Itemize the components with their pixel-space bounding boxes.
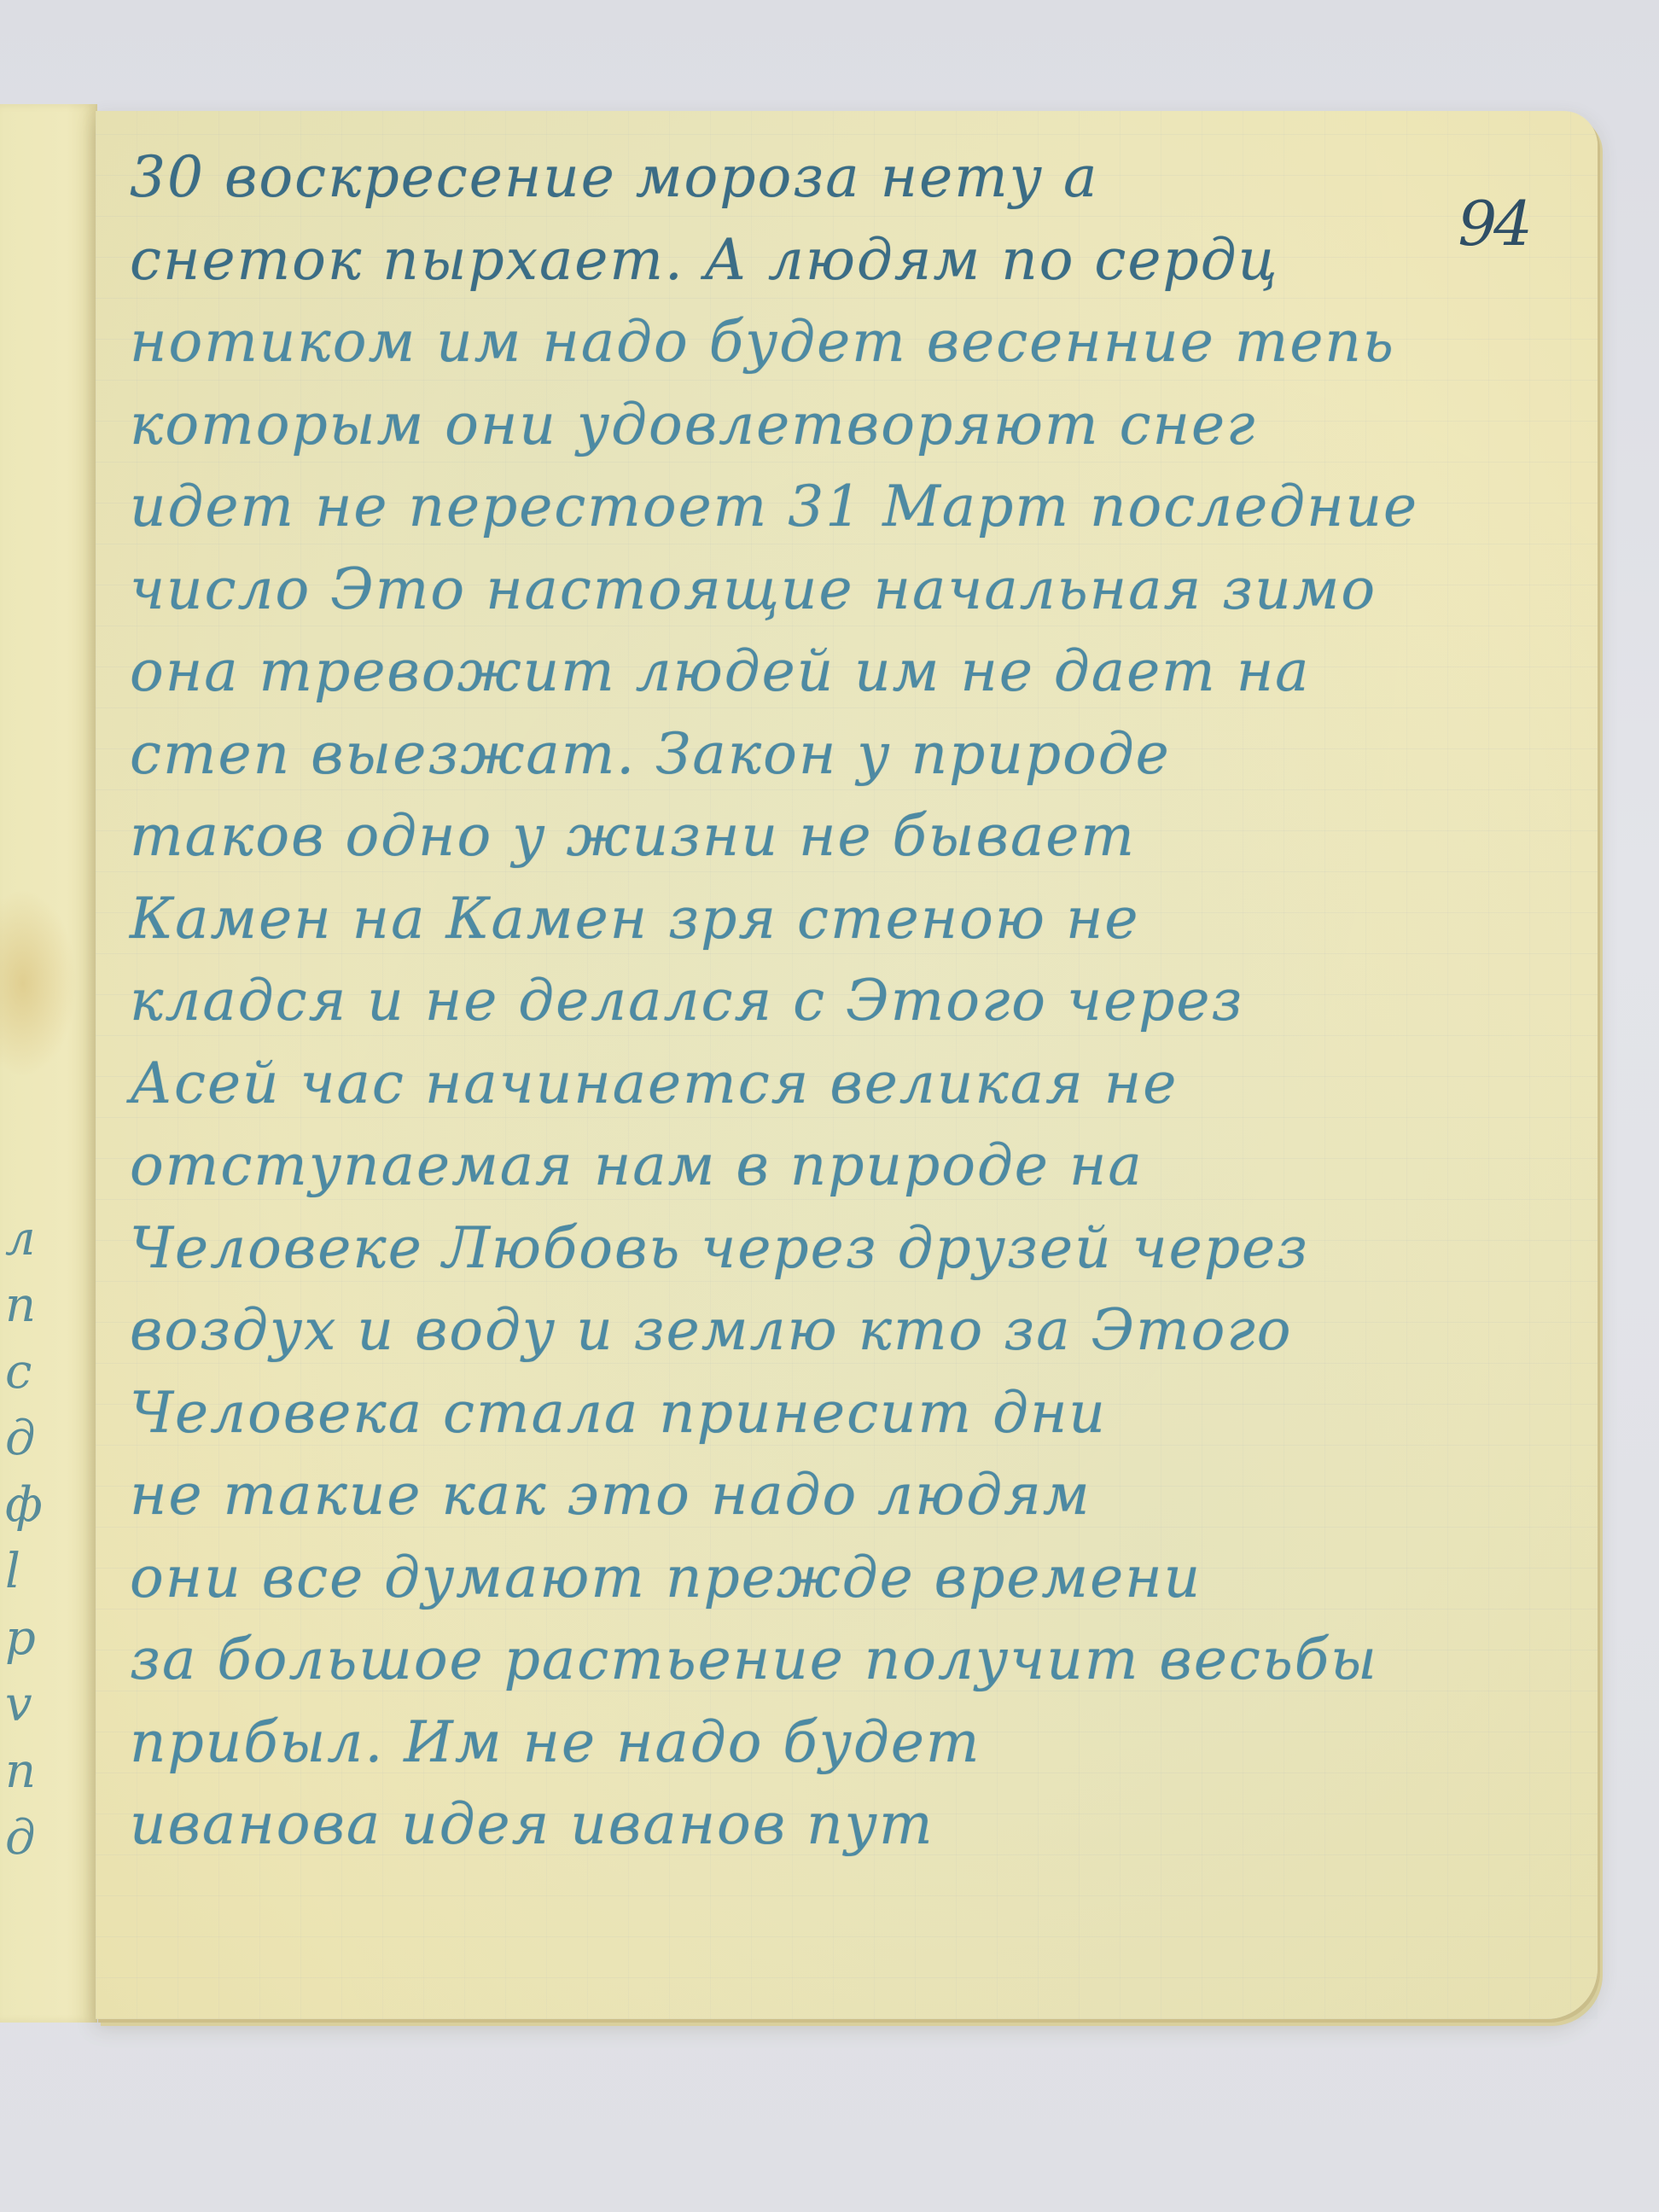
margin-fragment: l xyxy=(5,1546,56,1598)
text-line: за большое растьение получит весьбы xyxy=(130,1619,1512,1702)
text-line: Камен на Камен зря стеною не xyxy=(130,878,1512,961)
margin-fragment: д xyxy=(5,1413,56,1464)
text-line: отступаемая нам в природе на xyxy=(130,1125,1512,1208)
text-line: идет не перестоет 31 Март последние xyxy=(130,466,1512,549)
text-line: она тревожит людей им не дает на xyxy=(130,631,1512,713)
margin-fragment: д xyxy=(5,1813,56,1864)
margin-fragment: с xyxy=(5,1347,56,1398)
previous-page-margin-text: л п с д ф l р v n д xyxy=(5,1214,56,1864)
margin-fragment: р xyxy=(5,1613,56,1664)
margin-fragment: п xyxy=(5,1280,56,1331)
text-line: воздух и воду и землю кто за Этого xyxy=(130,1289,1512,1372)
notebook-page: 94 30 воскресение мороза нету а снеток п… xyxy=(96,111,1598,2019)
text-line: число Это настоящие начальная зимо xyxy=(130,549,1512,632)
text-line: Человека стала принесит дни xyxy=(130,1372,1512,1455)
margin-fragment: ф xyxy=(5,1480,56,1531)
text-line: степ выезжат. Закон у природе xyxy=(130,713,1512,796)
margin-fragment: n xyxy=(5,1746,56,1797)
handwritten-text-body: 30 воскресение мороза нету а снеток пырх… xyxy=(130,137,1512,1866)
margin-fragment: v xyxy=(5,1679,56,1731)
text-line: не такие как это надо людям xyxy=(130,1454,1512,1537)
text-line: нотиком им надо будет весенние тепь xyxy=(130,301,1512,384)
text-line: иванова идея иванов пут xyxy=(130,1784,1512,1866)
text-line: снеток пырхает. А людям по сердц xyxy=(130,219,1512,302)
text-line: таков одно у жизни не бывает xyxy=(130,795,1512,878)
text-line: кладся и не делался с Этого через xyxy=(130,960,1512,1043)
text-line: они все думают прежде времени xyxy=(130,1537,1512,1620)
text-line: Человеке Любовь через друзей через xyxy=(130,1208,1512,1290)
paper-stain xyxy=(0,889,77,1077)
text-line: 30 воскресение мороза нету а xyxy=(130,137,1512,219)
margin-fragment: л xyxy=(5,1214,56,1265)
text-line: которым они удовлетворяют снег xyxy=(130,384,1512,467)
text-line: прибыл. Им не надо будет xyxy=(130,1702,1512,1784)
previous-page-edge: л п с д ф l р v n д xyxy=(0,104,97,2023)
text-line: Асей час начинается великая не xyxy=(130,1043,1512,1126)
